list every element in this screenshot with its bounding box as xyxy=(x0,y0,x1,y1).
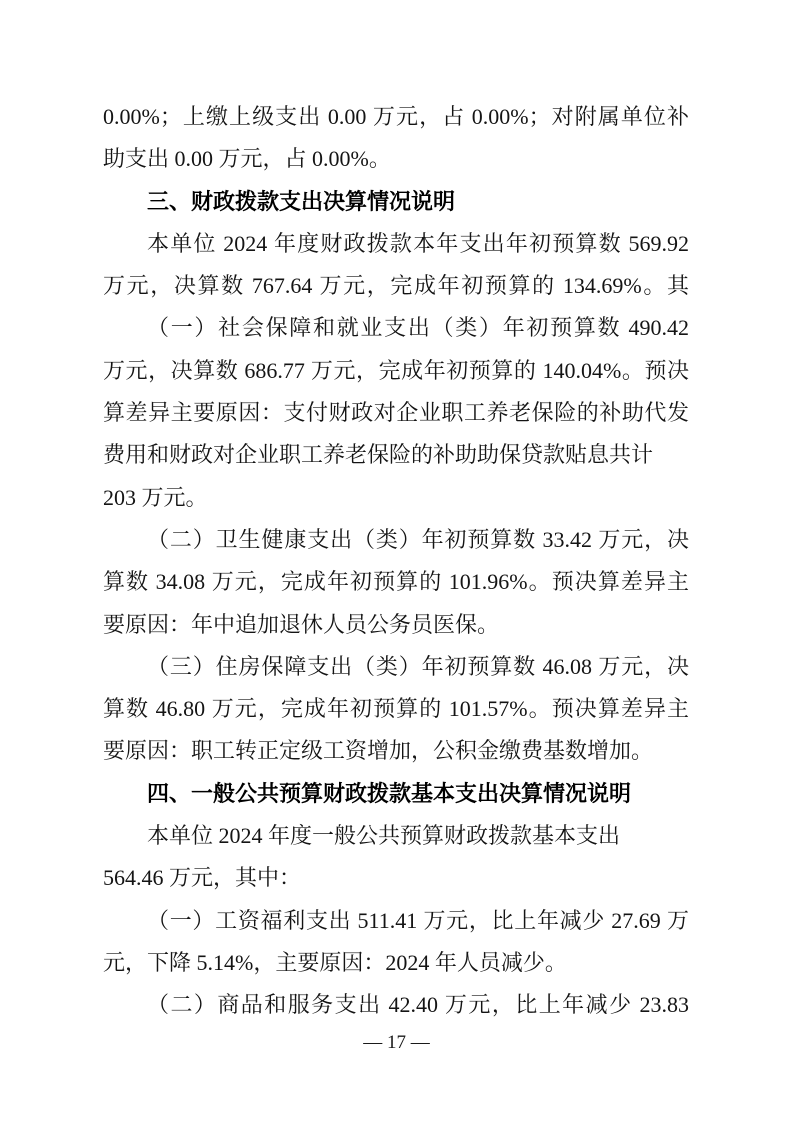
body-text-line: 算数 46.80 万元，完成年初预算的 101.57%。预决算差异主 xyxy=(103,688,689,730)
body-text-line: （一）工资福利支出 511.41 万元，比上年减少 27.69 万 xyxy=(103,900,689,942)
body-text-line: （一）社会保障和就业支出（类）年初预算数 490.42 xyxy=(103,307,689,349)
body-text-line: 助支出 0.00 万元，占 0.00%。 xyxy=(103,138,689,180)
body-text-line: （二）商品和服务支出 42.40 万元，比上年减少 23.83 xyxy=(103,984,689,1026)
document-body: 0.00%；上缴上级支出 0.00 万元，占 0.00%；对附属单位补 助支出 … xyxy=(103,96,689,1027)
body-text-line: 要原因：年中追加退休人员公务员医保。 xyxy=(103,604,689,646)
body-text-line: 算数 34.08 万元，完成年初预算的 101.96%。预决算差异主 xyxy=(103,561,689,603)
section-heading-4: 四、一般公共预算财政拨款基本支出决算情况说明 xyxy=(103,773,689,815)
body-text-line: 万元，决算数 767.64 万元，完成年初预算的 134.69%。其中： xyxy=(103,265,689,307)
body-text-line: （三）住房保障支出（类）年初预算数 46.08 万元，决 xyxy=(103,646,689,688)
section-heading-3: 三、财政拨款支出决算情况说明 xyxy=(103,181,689,223)
body-text-line: 算差异主要原因：支付财政对企业职工养老保险的补助代发 xyxy=(103,392,689,434)
body-text-line: 万元，决算数 686.77 万元，完成年初预算的 140.04%。预决 xyxy=(103,350,689,392)
body-text-line: 本单位 2024 年度财政拨款本年支出年初预算数 569.92 xyxy=(103,223,689,265)
body-text-line: 564.46 万元，其中： xyxy=(103,857,689,899)
body-text-line: （二）卫生健康支出（类）年初预算数 33.42 万元，决 xyxy=(103,519,689,561)
body-text-line: 费用和财政对企业职工养老保险的补助助保贷款贴息共计 xyxy=(103,434,689,476)
body-text-line: 本单位 2024 年度一般公共预算财政拨款基本支出 xyxy=(103,815,689,857)
body-text-line: 203 万元。 xyxy=(103,477,689,519)
body-text-line: 要原因：职工转正定级工资增加，公积金缴费基数增加。 xyxy=(103,730,689,772)
document-page: 0.00%；上缴上级支出 0.00 万元，占 0.00%；对附属单位补 助支出 … xyxy=(0,0,793,1122)
page-number: — 17 — xyxy=(0,1028,793,1058)
body-text-line: 元，下降 5.14%，主要原因：2024 年人员减少。 xyxy=(103,942,689,984)
body-text-line: 0.00%；上缴上级支出 0.00 万元，占 0.00%；对附属单位补 xyxy=(103,96,689,138)
